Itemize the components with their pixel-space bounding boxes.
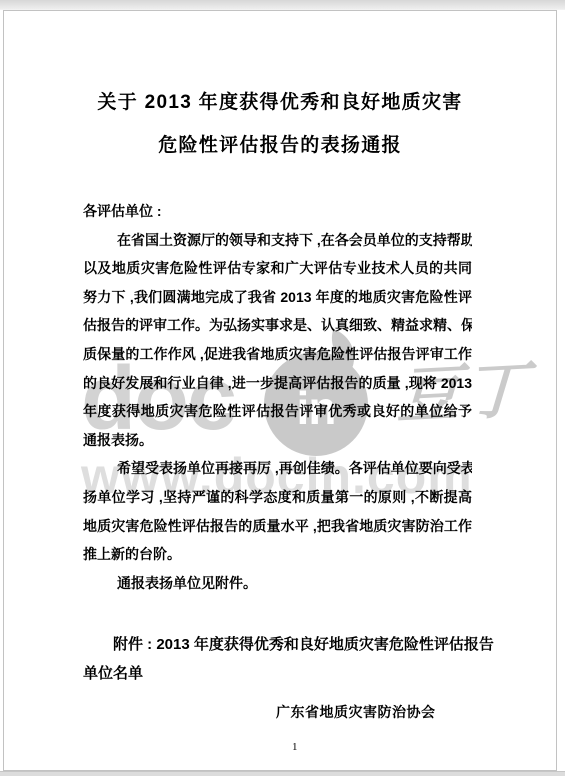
paragraph1-line: 的良好发展和行业自律 ,进一步提高评估报告的质量 ,现将 2013 xyxy=(83,369,472,398)
paragraph1-line: 努力下 ,我们圆满地完成了我省 2013 年度的地质灾害危险性评 xyxy=(83,283,472,312)
attachment-line-1: 附件 : 2013 年度获得优秀和良好地质灾害危险性评估报告 xyxy=(83,631,531,660)
viewer-top-edge xyxy=(0,0,565,10)
document-viewer-canvas: doc in 豆丁 www.docin.com 关于 2013 年度获得优秀和良… xyxy=(0,0,565,776)
attachment-line-2: 单位名单 xyxy=(83,660,531,689)
title-line-1: 关于 2013 年度获得优秀和良好地质灾害 xyxy=(4,81,556,124)
document-title: 关于 2013 年度获得优秀和良好地质灾害 危险性评估报告的表扬通报 xyxy=(4,81,556,167)
paragraph2-line: 地质灾害危险性评估报告的质量水平 ,把我省地质灾害防治工作 xyxy=(83,512,472,541)
title-line-2: 危险性评估报告的表扬通报 xyxy=(4,124,556,167)
paragraph1-line: 质保量的工作作风 ,促进我省地质灾害危险性评估报告评审工作 xyxy=(83,340,472,369)
paragraph1-line: 通报表扬。 xyxy=(83,426,472,455)
document-body: 各评估单位 : 在省国土资源厅的领导和支持下 ,在各会员单位的支持帮助 以及地质… xyxy=(83,197,472,597)
signature-org: 广东省地质灾害防治协会 xyxy=(276,702,436,722)
paragraph2-line: 推上新的台阶。 xyxy=(83,540,472,569)
paragraph1-line: 年度获得地质灾害危险性评估报告评审优秀或良好的单位给予 xyxy=(83,397,472,426)
paragraph2-line: 扬单位学习 ,坚持严谨的科学态度和质量第一的原则 ,不断提高 xyxy=(83,483,472,512)
attachment-note: 附件 : 2013 年度获得优秀和良好地质灾害危险性评估报告 单位名单 xyxy=(83,631,531,688)
paragraph1-line: 估报告的评审工作。为弘扬实事求是、认真细致、精益求精、保 xyxy=(83,311,472,340)
document-page: doc in 豆丁 www.docin.com 关于 2013 年度获得优秀和良… xyxy=(3,10,557,771)
page-number: 1 xyxy=(292,740,298,754)
salutation: 各评估单位 : xyxy=(83,197,472,226)
paragraph1-line: 以及地质灾害危险性评估专家和广大评估专业技术人员的共同 xyxy=(83,254,472,283)
viewer-bottom-edge xyxy=(0,771,565,776)
paragraph3-line: 通报表扬单位见附件。 xyxy=(83,569,472,598)
paragraph2-line: 希望受表扬单位再接再厉 ,再创佳绩。各评估单位要向受表 xyxy=(83,454,472,483)
paragraph1-line: 在省国土资源厅的领导和支持下 ,在各会员单位的支持帮助 xyxy=(83,226,472,255)
